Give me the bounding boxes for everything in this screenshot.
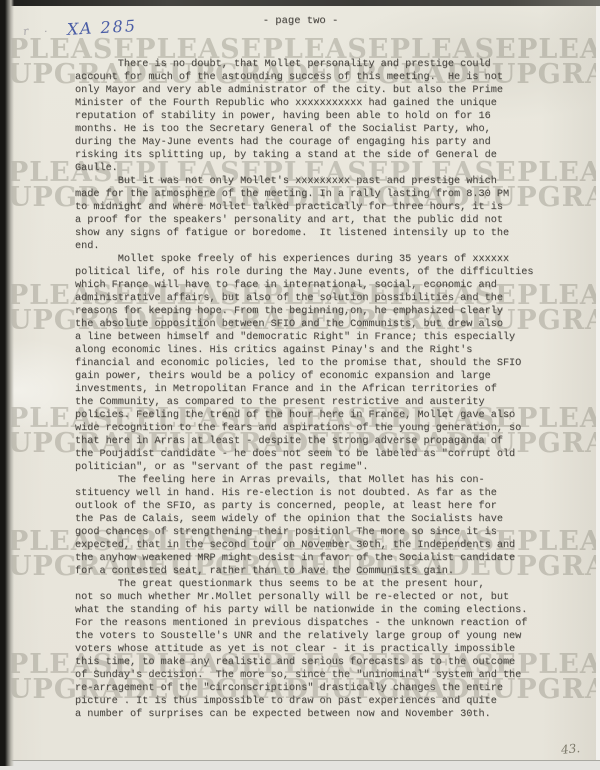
text-line: political life, of his role during the M…	[75, 266, 534, 279]
text-line: re-arragement of the "circonscriptions" …	[75, 682, 534, 695]
text-line: made for the atmosphere of the meeting. …	[75, 188, 534, 201]
text-line: reputation of stability in power, having…	[75, 110, 534, 123]
scan-edge-left	[0, 0, 14, 766]
text-line: gain power, theirs would be a policy of …	[75, 370, 534, 383]
text-line: picture . It is thus impossible to draw …	[75, 695, 534, 708]
text-line: the Community, as compared to the presen…	[75, 396, 534, 409]
text-line: administrative affairs, but also of the …	[75, 292, 534, 305]
text-line: that here in Arras at least - despite th…	[75, 435, 534, 448]
text-line: this time, to make any realistic and ser…	[75, 656, 534, 669]
text-line: wide recognition to the fears and aspira…	[75, 422, 534, 435]
handwritten-reference: XA 285	[67, 16, 138, 39]
text-line: voters whose attitude as yet is not clea…	[75, 643, 534, 656]
text-line: a number of surprises can be expected be…	[75, 708, 534, 721]
text-line: what the standing of his party will be n…	[75, 604, 534, 617]
text-line: stituency well in hand. His re-election …	[75, 487, 534, 500]
text-line: the voters to Soustelle's UNR and the re…	[75, 630, 534, 643]
text-line: There is no doubt, that Mollet personali…	[75, 58, 534, 71]
text-line: of Sunday's decision. The more so, since…	[75, 669, 534, 682]
text-line: the absolute opposition between SFIO and…	[75, 318, 534, 331]
handwritten-page-number: 43.	[560, 741, 580, 757]
text-line: the Pas de Calais, seem widely of the op…	[75, 513, 534, 526]
paper: PLEASEPLEASEPLEASEPLEASEPLEASEUPGRADEUPG…	[5, 6, 596, 760]
text-line: expected, that in the second tour on Nov…	[75, 539, 534, 552]
text-line: For the reasons mentioned in previous di…	[75, 617, 534, 630]
text-line: show any signs of fatigue or boredome. I…	[75, 227, 534, 240]
text-line: end.	[75, 240, 534, 253]
text-line: the anyhow weakened MRP might desist in …	[75, 552, 534, 565]
text-line: But it was not only Mollet's xxxxxxxxx p…	[75, 175, 534, 188]
scan-edge-bottom	[0, 760, 600, 770]
text-line: Mollet spoke freely of his experiences d…	[75, 253, 534, 266]
text-line: risking its splitting up, by taking a st…	[75, 149, 534, 162]
text-line: a line between himself and "democratic R…	[75, 331, 534, 344]
text-line: which France will have to face in intern…	[75, 279, 534, 292]
text-line: policies. Feeling the trend of the hour …	[75, 409, 534, 422]
text-line: reasons for keeping hope. From the begin…	[75, 305, 534, 318]
text-line: not so much whether Mr.Mollet personally…	[75, 591, 534, 604]
text-line: The feeling here in Arras prevails, that…	[75, 474, 534, 487]
text-line: outlook of the SFIO, as party is concern…	[75, 500, 534, 513]
scan-edge-top	[0, 0, 600, 6]
text-line: during the May-June events had the coura…	[75, 136, 534, 149]
text-line: Gaulle.	[75, 162, 534, 175]
text-line: along economic lines. His critics agains…	[75, 344, 534, 357]
text-line: months. He is too the Secretary General …	[75, 123, 534, 136]
scan-edge-right	[596, 6, 600, 770]
text-line: a proof for the speakers' personality an…	[75, 214, 534, 227]
text-line: Minister of the Fourth Republic who xxxx…	[75, 97, 534, 110]
text-line: to midnight and where Mollet talked prac…	[75, 201, 534, 214]
text-line: only Mayor and very able administrator o…	[75, 84, 534, 97]
typewritten-text: There is no doubt, that Mollet personali…	[75, 58, 534, 721]
scanned-document-page: PLEASEPLEASEPLEASEPLEASEPLEASEUPGRADEUPG…	[0, 0, 600, 770]
text-line: politician", or as "servant of the past …	[75, 461, 534, 474]
text-line: for a contested seat, rather than to hav…	[75, 565, 534, 578]
text-line: The great questionmark thus seems to be …	[75, 578, 534, 591]
text-line: financial and economic policies, led to …	[75, 357, 534, 370]
text-line: the Poujadist candidate - he does not se…	[75, 448, 534, 461]
text-line: account for much of the astounding succe…	[75, 71, 534, 84]
text-line: good chances of strengthening their posi…	[75, 526, 534, 539]
text-line: investments, in Metropolitan France and …	[75, 383, 534, 396]
